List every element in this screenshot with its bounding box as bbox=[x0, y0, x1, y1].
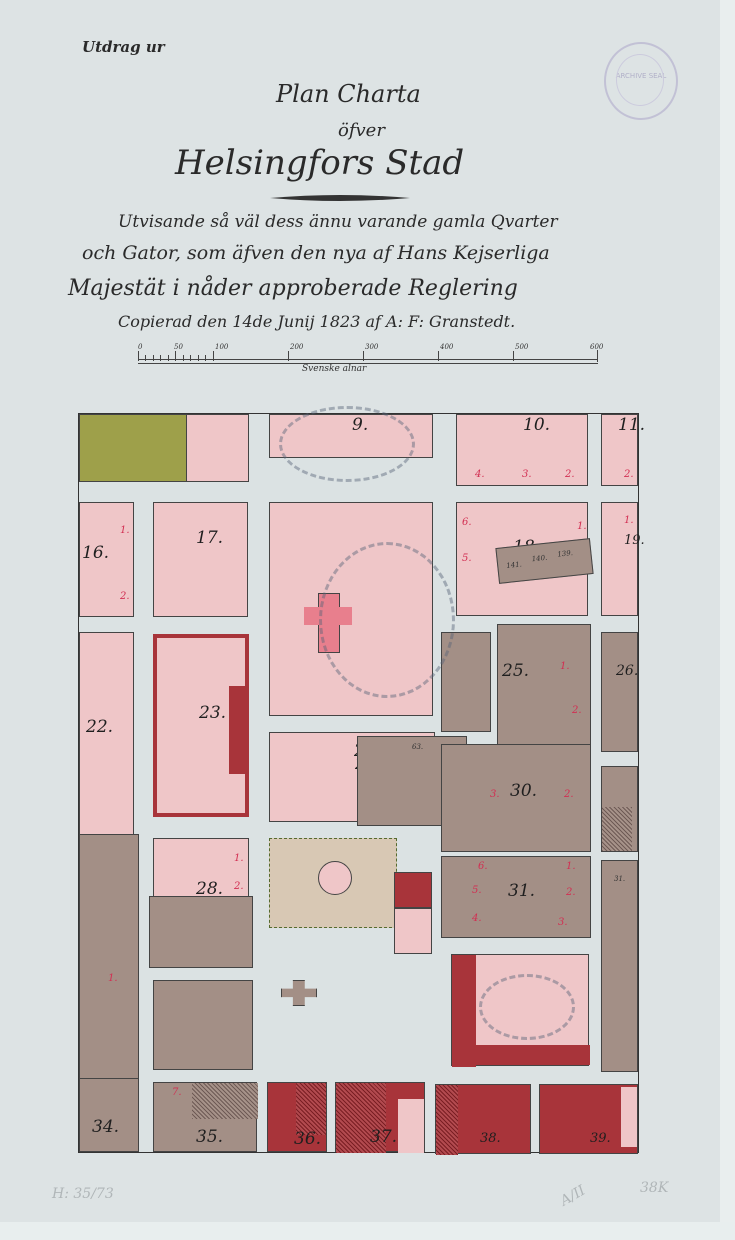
ornament-divider bbox=[270, 194, 410, 202]
block-unnamed-top bbox=[187, 414, 249, 482]
scale-tick bbox=[145, 355, 146, 361]
scale-tick bbox=[175, 351, 176, 361]
hatched-area bbox=[436, 1085, 458, 1155]
stamp-text: ARCHIVE SEAL bbox=[606, 72, 676, 80]
block-16[interactable]: 16. 1. 2. bbox=[79, 502, 134, 617]
scale-label: 300 bbox=[365, 343, 378, 351]
block-26[interactable]: 26. bbox=[601, 632, 638, 752]
scale-label: 500 bbox=[515, 343, 528, 351]
block-30-east bbox=[601, 766, 638, 852]
building-wing bbox=[229, 686, 245, 774]
scale-tick bbox=[138, 351, 139, 361]
city-map: 9. 10. 4. 3. 2. 11. 2. 16. 1. 2. 17. 18.… bbox=[78, 413, 639, 1153]
scale-tick bbox=[190, 355, 191, 361]
block-28-buildings bbox=[149, 896, 253, 968]
block-23[interactable]: 22. bbox=[79, 632, 134, 862]
cross-monument-icon bbox=[281, 980, 317, 1006]
scale-tick bbox=[438, 351, 439, 361]
copy-note: Copierad den 14de Junij 1823 af A: F: Gr… bbox=[118, 312, 515, 331]
sheet-edge bbox=[720, 0, 735, 1240]
archive-stamp: ARCHIVE SEAL bbox=[604, 42, 678, 120]
scale-tick bbox=[288, 351, 289, 361]
title-preposition: öfver bbox=[338, 120, 385, 141]
block-39[interactable]: 39. bbox=[539, 1084, 638, 1154]
block-10[interactable]: 10. 4. 3. 2. bbox=[456, 414, 588, 486]
map-title: Plan Charta bbox=[276, 80, 421, 108]
scale-tick bbox=[160, 355, 161, 361]
block-19[interactable]: 19. 1. bbox=[601, 502, 638, 616]
hatched-area bbox=[296, 1083, 326, 1135]
extract-label: Utdrag ur bbox=[82, 38, 165, 56]
block-35[interactable]: 35. 7. bbox=[153, 1082, 257, 1152]
pencil-sketch bbox=[479, 974, 575, 1040]
block-30[interactable]: 30. 3. 2. bbox=[441, 744, 591, 852]
city-name: Helsingfors Stad bbox=[175, 143, 464, 183]
scale-label: 200 bbox=[290, 343, 303, 351]
block-36[interactable]: 36. bbox=[267, 1082, 327, 1152]
scale-label: 600 bbox=[590, 343, 603, 351]
courtyard-square[interactable] bbox=[269, 838, 397, 928]
block-17[interactable]: 17. bbox=[153, 502, 248, 617]
scale-tick bbox=[597, 350, 598, 362]
palace-south-wing bbox=[452, 1045, 590, 1065]
red-building bbox=[394, 872, 432, 908]
block-18[interactable]: 18. 6. 5. 1. 141. 140. 139. bbox=[456, 502, 588, 616]
pencil-sketch bbox=[279, 406, 415, 482]
scale-tick bbox=[168, 355, 169, 361]
scale-line bbox=[138, 359, 598, 364]
block-37[interactable]: 37. bbox=[335, 1082, 425, 1152]
courtyard bbox=[398, 1099, 424, 1153]
subtitle-line-2: och Gator, som äfven den nya af Hans Kej… bbox=[82, 242, 550, 264]
block-56 bbox=[394, 908, 432, 954]
block-31[interactable]: 31. 6. 5. 4. 1. 2. 3. bbox=[441, 856, 591, 938]
scale-tick bbox=[198, 355, 199, 361]
central-building bbox=[318, 861, 352, 895]
courtyard bbox=[621, 1087, 637, 1147]
scale-unit: Svenske alnar bbox=[302, 364, 366, 374]
scale-tick bbox=[183, 355, 184, 361]
scale-tick bbox=[513, 351, 514, 361]
block-33[interactable] bbox=[153, 980, 253, 1070]
building-row: 141. 140. 139. bbox=[495, 538, 593, 584]
park-area bbox=[79, 414, 187, 482]
hatched-area bbox=[602, 807, 632, 851]
sheet-bottom-edge bbox=[0, 1222, 735, 1240]
block-34[interactable]: 34. bbox=[79, 1078, 139, 1152]
pencil-sketch bbox=[319, 542, 455, 698]
hatched-area bbox=[192, 1083, 258, 1119]
scale-label: 50 bbox=[174, 343, 183, 351]
block-32[interactable]: 31. bbox=[601, 860, 638, 1072]
archive-annotation-left: H: 35/73 bbox=[52, 1186, 114, 1202]
scale-tick bbox=[205, 355, 206, 361]
scale-tick bbox=[363, 351, 364, 361]
scale-bar: 0 50 100 200 300 400 500 600 Svenske aln… bbox=[138, 345, 600, 375]
block-38[interactable]: 38. bbox=[435, 1084, 531, 1154]
block-11[interactable]: 11. 2. bbox=[601, 414, 638, 486]
scale-tick bbox=[213, 351, 214, 361]
scale-tick bbox=[153, 355, 154, 361]
subtitle-line-1: Utvisande så väl dess ännu varande gamla… bbox=[118, 212, 558, 232]
scale-label: 100 bbox=[215, 343, 228, 351]
subtitle-line-3: Majestät i nåder approberade Reglering bbox=[68, 276, 518, 301]
scale-label: 0 bbox=[138, 343, 142, 351]
archive-annotation-right: 38K bbox=[640, 1180, 668, 1196]
block-24[interactable]: 23. bbox=[153, 634, 249, 817]
scale-label: 400 bbox=[440, 343, 453, 351]
block-25[interactable]: 25. 1. 2. bbox=[497, 624, 591, 754]
